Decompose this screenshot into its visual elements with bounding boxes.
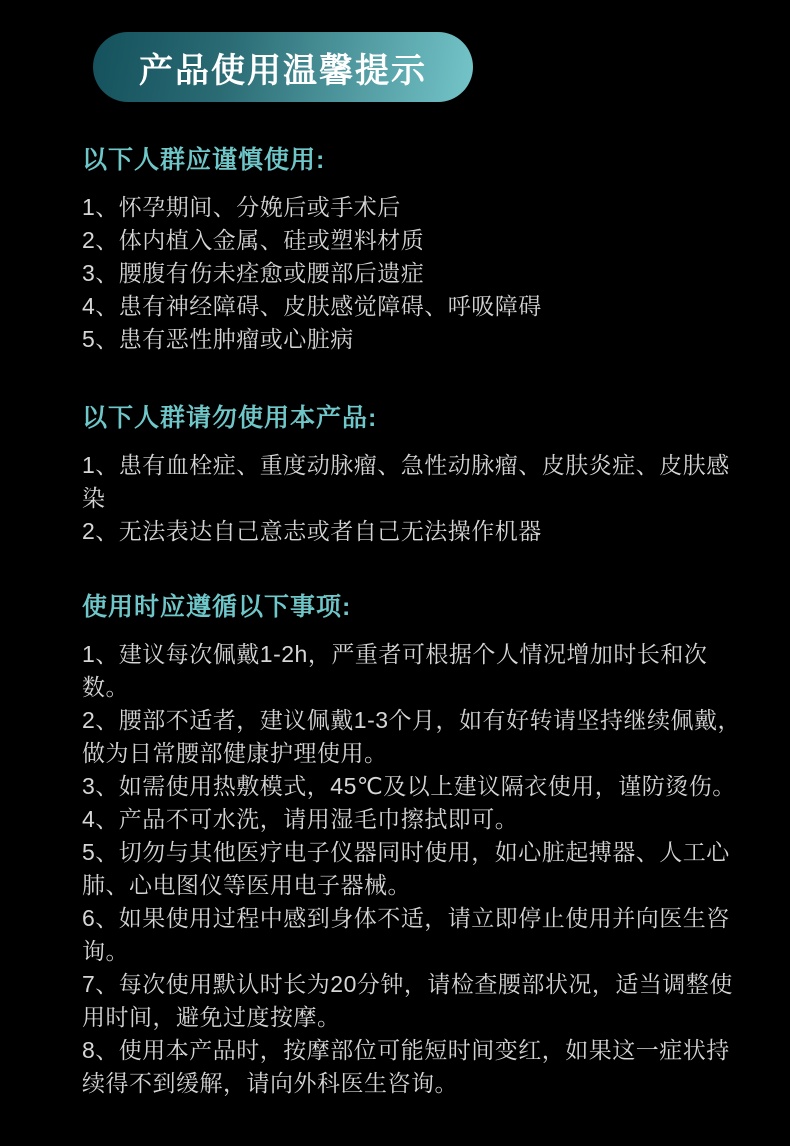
prohibited-users-list: 1、患有血栓症、重度动脉瘤、急性动脉瘤、皮肤炎症、皮肤感染 2、无法表达自己意志… <box>82 449 742 548</box>
list-item: 1、患有血栓症、重度动脉瘤、急性动脉瘤、皮肤炎症、皮肤感染 <box>82 449 742 515</box>
list-item: 7、每次使用默认时长为20分钟，请检查腰部状况，适当调整使用时间，避免过度按摩。 <box>82 968 742 1034</box>
usage-guidelines-list: 1、建议每次佩戴1-2h，严重者可根据个人情况增加时长和次数。 2、腰部不适者，… <box>82 638 742 1100</box>
tips-content: 以下人群应谨慎使用: 1、怀孕期间、分娩后或手术后 2、体内植入金属、硅或塑料材… <box>0 145 790 1100</box>
list-item: 2、体内植入金属、硅或塑料材质 <box>82 224 742 257</box>
list-item: 5、患有恶性肿瘤或心脏病 <box>82 323 742 356</box>
list-item: 4、产品不可水洗，请用湿毛巾擦拭即可。 <box>82 803 742 836</box>
product-tips-page: 产品使用温馨提示 以下人群应谨慎使用: 1、怀孕期间、分娩后或手术后 2、体内植… <box>0 0 790 1146</box>
list-item: 5、切勿与其他医疗电子仪器同时使用，如心脏起搏器、人工心肺、心电图仪等医用电子器… <box>82 836 742 902</box>
list-item: 6、如果使用过程中感到身体不适，请立即停止使用并向医生咨询。 <box>82 902 742 968</box>
list-item: 2、腰部不适者，建议佩戴1-3个月，如有好转请坚持继续佩戴，做为日常腰部健康护理… <box>82 704 742 770</box>
list-item: 8、使用本产品时，按摩部位可能短时间变红，如果这一症状持续得不到缓解，请向外科医… <box>82 1034 742 1100</box>
list-item: 3、如需使用热敷模式，45℃及以上建议隔衣使用，谨防烫伤。 <box>82 770 742 803</box>
page-title: 产品使用温馨提示 <box>139 43 427 92</box>
title-badge: 产品使用温馨提示 <box>93 32 473 102</box>
list-item: 1、建议每次佩戴1-2h，严重者可根据个人情况增加时长和次数。 <box>82 638 742 704</box>
list-item: 2、无法表达自己意志或者自己无法操作机器 <box>82 515 742 548</box>
list-item: 3、腰腹有伤未痊愈或腰部后遗症 <box>82 257 742 290</box>
section-heading-usage-guidelines: 使用时应遵循以下事项: <box>82 592 742 622</box>
caution-users-list: 1、怀孕期间、分娩后或手术后 2、体内植入金属、硅或塑料材质 3、腰腹有伤未痊愈… <box>82 191 742 356</box>
list-item: 4、患有神经障碍、皮肤感觉障碍、呼吸障碍 <box>82 290 742 323</box>
section-heading-prohibited-users: 以下人群请勿使用本产品: <box>82 403 742 433</box>
list-item: 1、怀孕期间、分娩后或手术后 <box>82 191 742 224</box>
section-heading-caution-users: 以下人群应谨慎使用: <box>82 145 742 175</box>
